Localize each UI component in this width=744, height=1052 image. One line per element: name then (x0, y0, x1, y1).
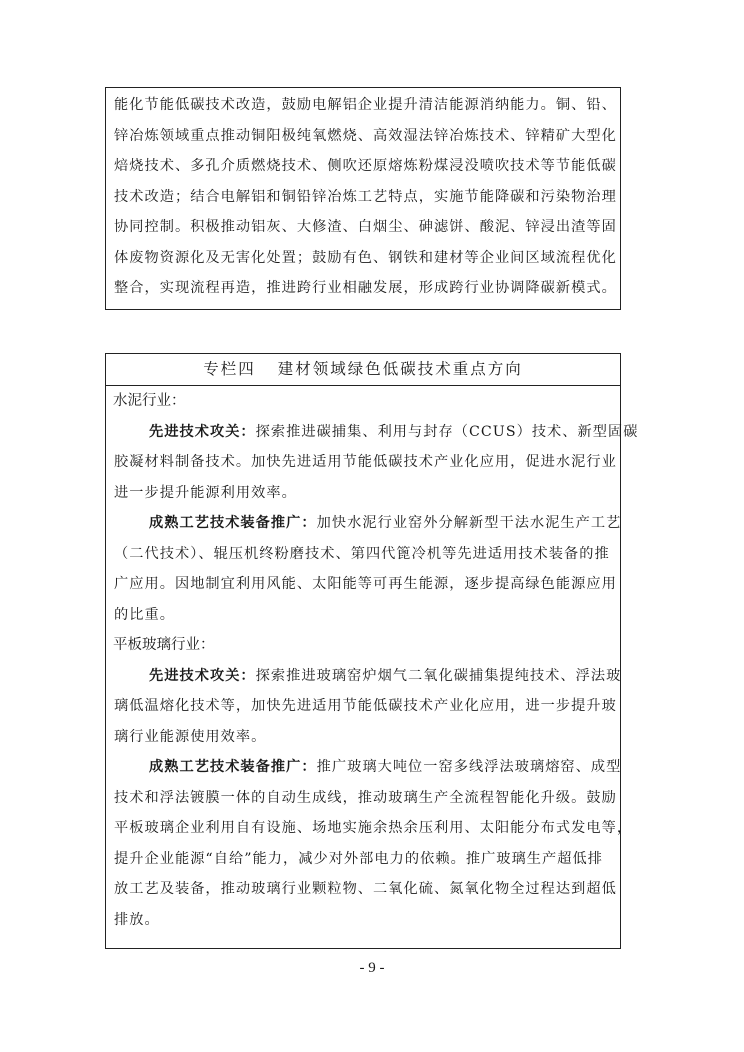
subheading-bold: 成熟工艺技术装备推广： (149, 515, 317, 531)
column-title: 建材领域绿色低碳技术重点方向 (278, 360, 523, 378)
nonferrous-paragraph: 能化节能低碳技术改造，鼓励电解铝企业提升清洁能源消纳能力。铜、铅、 锌冶炼领域重… (106, 88, 620, 304)
text-line: 提升企业能源“自给”能力，减少对外部电力的依赖。推广玻璃生产超低排 (114, 844, 612, 875)
nonferrous-continuation-box: 能化节能低碳技术改造，鼓励电解铝企业提升清洁能源消纳能力。铜、铅、 锌冶炼领域重… (105, 87, 621, 310)
text-line: 协同控制。积极推动铝灰、大修渣、白烟尘、砷滤饼、酸泥、锌浸出渣等固 (114, 212, 612, 243)
column-label: 专栏四 (203, 360, 256, 378)
page-number: - 9 - (0, 960, 744, 977)
text-line: 放工艺及装备，推动玻璃行业颗粒物、二氧化硫、氮氧化物全过程达到超低 (114, 874, 612, 905)
text-line: 体废物资源化及无害化处置；鼓励有色、钢铁和建材等企业间区域流程优化 (114, 243, 612, 274)
text-line: 技术和浮法镀膜一体的自动生成线，推动玻璃生产全流程智能化升级。鼓励 (114, 783, 612, 814)
glass-mature-tech-paragraph: 成熟工艺技术装备推广：推广玻璃大吨位一窑多线浮法玻璃熔窑、成型 技术和浮法镀膜一… (106, 752, 620, 935)
column-header: 专栏四建材领域绿色低碳技术重点方向 (106, 354, 620, 386)
text-line: 胶凝材料制备技术。加快先进适用节能低碳技术产业化应用，促进水泥行业 (114, 447, 612, 478)
cement-heading: 水泥行业： (106, 386, 620, 417)
text-line: 锌冶炼领域重点推动铜阳极纯氧燃烧、高效湿法锌冶炼技术、锌精矿大型化 (114, 121, 612, 152)
text-line: 广应用。因地制宜利用风能、太阳能等可再生能源，逐步提高绿色能源应用 (114, 569, 612, 600)
text-line: 焙烧技术、多孔介质燃烧技术、侧吹还原熔炼粉煤浸没喷吹技术等节能低碳 (114, 151, 612, 182)
subheading-bold: 先进技术攻关： (149, 668, 256, 684)
text-line: 的比重。 (114, 600, 612, 631)
glass-heading: 平板玻璃行业： (106, 630, 620, 661)
subheading-bold: 先进技术攻关： (149, 424, 256, 440)
text-line: 璃低温熔化技术等，加快先进适用节能低碳技术产业化应用，进一步提升玻 (114, 691, 612, 722)
text-line: 平板玻璃企业利用自有设施、场地实施余热余压利用、太阳能分布式发电等， (114, 813, 612, 844)
text-line: 能化节能低碳技术改造，鼓励电解铝企业提升清洁能源消纳能力。铜、铅、 (114, 90, 612, 121)
text-line: （二代技术）、辊压机终粉磨技术、第四代篦冷机等先进适用技术装备的推 (114, 539, 612, 570)
column-four-box: 专栏四建材领域绿色低碳技术重点方向 水泥行业： 先进技术攻关：探索推进碳捕集、利… (105, 353, 621, 949)
text-line: 璃行业能源使用效率。 (114, 722, 612, 753)
text-line: 技术改造；结合电解铝和铜铅锌冶炼工艺特点，实施节能降碳和污染物治理 (114, 182, 612, 213)
cement-advanced-tech-paragraph: 先进技术攻关：探索推进碳捕集、利用与封存（CCUS）技术、新型固碳 胶凝材料制备… (106, 417, 620, 509)
glass-advanced-tech-paragraph: 先进技术攻关：探索推进玻璃窑炉烟气二氧化碳捕集提纯技术、浮法玻 璃低温熔化技术等… (106, 661, 620, 753)
text-line: 排放。 (114, 905, 612, 936)
text-line: 整合，实现流程再造，推进跨行业相融发展，形成跨行业协调降碳新模式。 (114, 273, 612, 304)
subheading-bold: 成熟工艺技术装备推广： (149, 759, 317, 775)
cement-mature-tech-paragraph: 成熟工艺技术装备推广：加快水泥行业窑外分解新型干法水泥生产工艺 （二代技术）、辊… (106, 508, 620, 630)
text-line: 进一步提升能源利用效率。 (114, 478, 612, 509)
